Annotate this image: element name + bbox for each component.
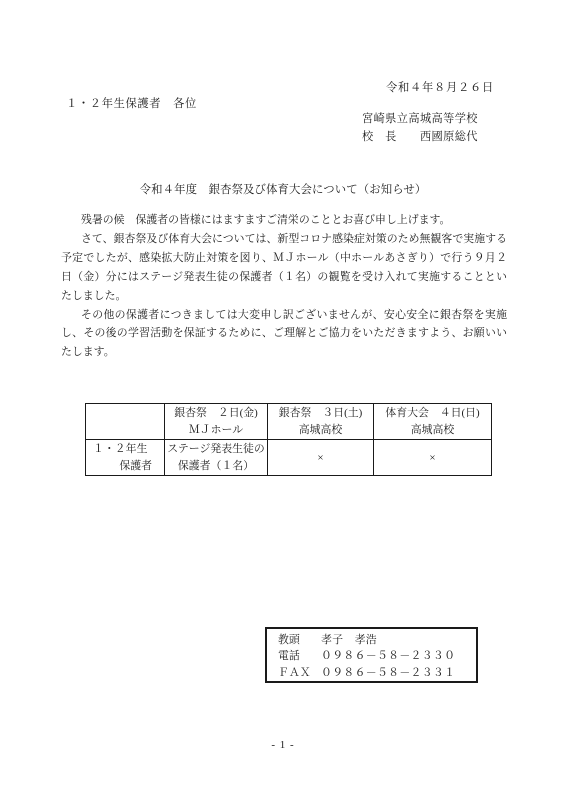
row-label-cell: １・２年生 保護者 xyxy=(86,440,165,476)
table-header-fri: 銀杏祭 ２日(金) ＭＪホール xyxy=(165,404,268,440)
row-label-line1: １・２年生 xyxy=(86,441,164,458)
page-number: - 1 - xyxy=(0,739,566,751)
table-corner-cell xyxy=(86,404,165,440)
contact-box: 教頭 孝子 孝浩 電話 ０９８６－５８－２３３０ ＦＡＸ ０９８６－５８－２３３… xyxy=(265,627,478,683)
sender-principal: 校 長 西國原総代 xyxy=(362,129,478,147)
paragraph-greeting: 残暑の候 保護者の皆様にはますますご清栄のこととお喜び申し上げます。 xyxy=(61,211,507,230)
contact-value-name: 孝子 孝浩 xyxy=(321,632,377,648)
table-header-sun: 体育大会 ４日(日) 高城高校 xyxy=(374,404,492,440)
contact-row-principal: 教頭 孝子 孝浩 xyxy=(267,632,476,648)
document-page: 令和４年８月２６日 １・２年生保護者 各位 宮崎県立高城高等学校 校 長 西國原… xyxy=(0,0,566,800)
paragraph-main: さて、銀杏祭及び体育大会については、新型コロナ感染症対策のため無観客で実施する予… xyxy=(61,230,507,306)
header-sat-event: 銀杏祭 ３日(土) xyxy=(268,405,373,422)
row-label-line2: 保護者 xyxy=(86,458,164,475)
header-fri-event: 銀杏祭 ２日(金) xyxy=(165,405,267,422)
cell-fri: ステージ発表生徒の 保護者（１名） xyxy=(165,440,268,476)
table-header-row: 銀杏祭 ２日(金) ＭＪホール 銀杏祭 ３日(土) 高城高校 体育大会 ４日(日… xyxy=(86,404,492,440)
sender-school: 宮崎県立高城高等学校 xyxy=(362,111,478,129)
contact-label-kyoto: 教頭 xyxy=(278,632,321,648)
header-sat-venue: 高城高校 xyxy=(268,422,373,439)
addressee-line: １・２年生保護者 各位 xyxy=(66,95,197,111)
header-sun-venue: 高城高校 xyxy=(374,422,491,439)
contact-label-fax: ＦＡＸ xyxy=(278,665,321,681)
cross-mark-sat: × xyxy=(317,452,323,464)
cell-fri-line2: 保護者（１名） xyxy=(165,458,267,475)
contact-row-fax: ＦＡＸ ０９８６－５８－２３３１ xyxy=(267,665,476,681)
paragraph-request: その他の保護者につきましては大変申し訳ございませんが、安心安全に銀杏祭を実施し、… xyxy=(61,306,507,363)
table-row: １・２年生 保護者 ステージ発表生徒の 保護者（１名） × × xyxy=(86,440,492,476)
table-header-sat: 銀杏祭 ３日(土) 高城高校 xyxy=(268,404,374,440)
header-sun-event: 体育大会 ４日(日) xyxy=(374,405,491,422)
contact-value-fax: ０９８６－５８－２３３１ xyxy=(321,665,455,681)
cell-sat: × xyxy=(268,440,374,476)
schedule-table: 銀杏祭 ２日(金) ＭＪホール 銀杏祭 ３日(土) 高城高校 体育大会 ４日(日… xyxy=(85,403,492,476)
notice-title: 令和４年度 銀杏祭及び体育大会について（お知らせ） xyxy=(0,181,566,197)
contact-value-phone: ０９８６－５８－２３３０ xyxy=(321,648,455,664)
cell-fri-line1: ステージ発表生徒の xyxy=(165,441,267,458)
contact-label-phone: 電話 xyxy=(278,648,321,664)
contact-row-phone: 電話 ０９８６－５８－２３３０ xyxy=(267,648,476,664)
cross-mark-sun: × xyxy=(429,452,435,464)
cell-sun: × xyxy=(374,440,492,476)
sender-block: 宮崎県立高城高等学校 校 長 西國原総代 xyxy=(362,111,478,146)
header-fri-venue: ＭＪホール xyxy=(165,422,267,439)
date-line: 令和４年８月２６日 xyxy=(386,79,494,95)
body-text: 残暑の候 保護者の皆様にはますますご清栄のこととお喜び申し上げます。 さて、銀杏… xyxy=(61,211,507,362)
